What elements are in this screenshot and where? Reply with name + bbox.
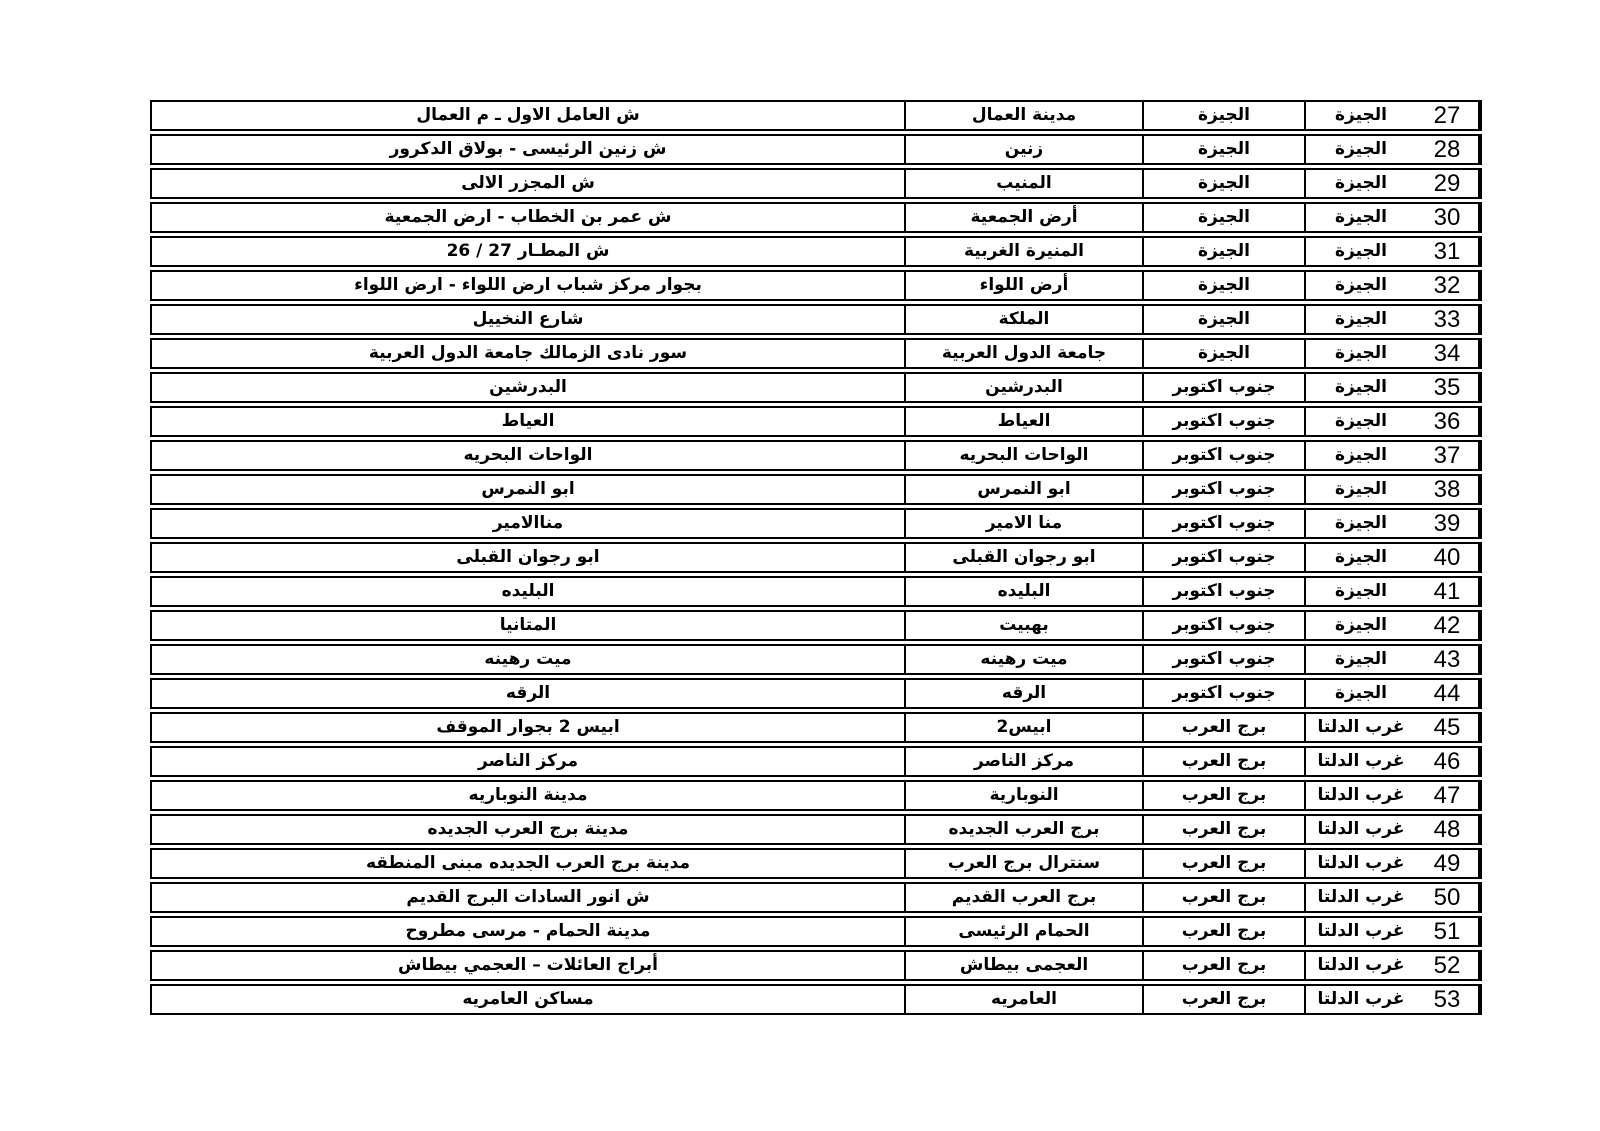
- cell-address: الواحات البحريه: [152, 442, 904, 469]
- cell-zone: جنوب اكتوبر: [1142, 442, 1304, 469]
- cell-address: مدينة النوباريه: [152, 782, 904, 809]
- table-row: 41الجيزةجنوب اكتوبرالبليدهالبليده: [150, 576, 1482, 607]
- cell-row-number: 30: [1416, 204, 1480, 231]
- cell-row-number: 45: [1416, 714, 1480, 741]
- cell-area-name: الحمام الرئيسى: [904, 918, 1142, 945]
- cell-address: مدينة برج العرب الجديده مبنى المنطقه: [152, 850, 904, 877]
- cell-zone: جنوب اكتوبر: [1142, 374, 1304, 401]
- cell-row-number: 42: [1416, 612, 1480, 639]
- cell-address: ش العامل الاول ـ م العمال: [152, 102, 904, 129]
- cell-row-number: 51: [1416, 918, 1480, 945]
- table-row: 42الجيزةجنوب اكتوبربهبيتالمتانيا: [150, 610, 1482, 641]
- cell-zone: جنوب اكتوبر: [1142, 408, 1304, 435]
- cell-governorate: الجيزة: [1304, 680, 1416, 707]
- table-row: 33الجيزةالجيزةالملكةشارع النخييل: [150, 304, 1482, 335]
- cell-governorate: الجيزة: [1304, 476, 1416, 503]
- cell-area-name: الواحات البحريه: [904, 442, 1142, 469]
- cell-area-name: ابو النمرس: [904, 476, 1142, 503]
- cell-governorate: غرب الدلتا: [1304, 884, 1416, 911]
- cell-area-name: مدينة العمال: [904, 102, 1142, 129]
- cell-governorate: الجيزة: [1304, 510, 1416, 537]
- table-row: 53غرب الدلتابرج العربالعامريهمساكن العام…: [150, 984, 1482, 1015]
- cell-zone: الجيزة: [1142, 272, 1304, 299]
- cell-address: ش المطـار 27 / 26: [152, 238, 904, 265]
- cell-area-name: برج العرب القديم: [904, 884, 1142, 911]
- cell-zone: برج العرب: [1142, 918, 1304, 945]
- table-row: 36الجيزةجنوب اكتوبرالعياطالعياط: [150, 406, 1482, 437]
- cell-row-number: 48: [1416, 816, 1480, 843]
- cell-row-number: 34: [1416, 340, 1480, 367]
- cell-address: شارع النخييل: [152, 306, 904, 333]
- cell-row-number: 39: [1416, 510, 1480, 537]
- cell-governorate: غرب الدلتا: [1304, 986, 1416, 1013]
- cell-row-number: 47: [1416, 782, 1480, 809]
- cell-row-number: 50: [1416, 884, 1480, 911]
- cell-governorate: غرب الدلتا: [1304, 952, 1416, 979]
- cell-address: سور نادى الزمالك جامعة الدول العربية: [152, 340, 904, 367]
- cell-area-name: المنيرة الغربية: [904, 238, 1142, 265]
- cell-area-name: المنيب: [904, 170, 1142, 197]
- cell-row-number: 52: [1416, 952, 1480, 979]
- cell-row-number: 27: [1416, 102, 1480, 129]
- table-row: 39الجيزةجنوب اكتوبرمنا الاميرمناالامير: [150, 508, 1482, 539]
- cell-area-name: العياط: [904, 408, 1142, 435]
- cell-zone: برج العرب: [1142, 952, 1304, 979]
- cell-address: ش زنين الرئيسى - بولاق الدكرور: [152, 136, 904, 163]
- cell-address: البليده: [152, 578, 904, 605]
- cell-row-number: 35: [1416, 374, 1480, 401]
- table-row: 37الجيزةجنوب اكتوبرالواحات البحريهالواحا…: [150, 440, 1482, 471]
- cell-zone: جنوب اكتوبر: [1142, 646, 1304, 673]
- cell-area-name: ابيس2: [904, 714, 1142, 741]
- cell-address: بجوار مركز شباب ارض اللواء - ارض اللواء: [152, 272, 904, 299]
- cell-area-name: أرض اللواء: [904, 272, 1142, 299]
- cell-zone: جنوب اكتوبر: [1142, 476, 1304, 503]
- table-row: 34الجيزةالجيزةجامعة الدول العربيةسور ناد…: [150, 338, 1482, 369]
- cell-area-name: مركز الناصر: [904, 748, 1142, 775]
- cell-zone: جنوب اكتوبر: [1142, 612, 1304, 639]
- cell-area-name: البليده: [904, 578, 1142, 605]
- cell-row-number: 36: [1416, 408, 1480, 435]
- cell-area-name: بهبيت: [904, 612, 1142, 639]
- cell-zone: الجيزة: [1142, 102, 1304, 129]
- cell-address: ش المجزر الالى: [152, 170, 904, 197]
- cell-area-name: البدرشين: [904, 374, 1142, 401]
- cell-zone: الجيزة: [1142, 204, 1304, 231]
- cell-row-number: 28: [1416, 136, 1480, 163]
- cell-governorate: الجيزة: [1304, 272, 1416, 299]
- table-row: 51غرب الدلتابرج العربالحمام الرئيسىمدينة…: [150, 916, 1482, 947]
- cell-governorate: الجيزة: [1304, 204, 1416, 231]
- cell-area-name: سنترال برج العرب: [904, 850, 1142, 877]
- cell-row-number: 40: [1416, 544, 1480, 571]
- cell-governorate: غرب الدلتا: [1304, 714, 1416, 741]
- cell-address: ابو رجوان القبلى: [152, 544, 904, 571]
- cell-address: مركز الناصر: [152, 748, 904, 775]
- cell-address: ش عمر بن الخطاب - ارض الجمعية: [152, 204, 904, 231]
- cell-area-name: زنين: [904, 136, 1142, 163]
- cell-zone: جنوب اكتوبر: [1142, 544, 1304, 571]
- cell-governorate: غرب الدلتا: [1304, 782, 1416, 809]
- cell-zone: جنوب اكتوبر: [1142, 578, 1304, 605]
- cell-row-number: 32: [1416, 272, 1480, 299]
- cell-area-name: ميت رهينه: [904, 646, 1142, 673]
- table-row: 29الجيزةالجيزةالمنيبش المجزر الالى: [150, 168, 1482, 199]
- cell-address: أبراج العائلات – العجمي بيطاش: [152, 952, 904, 979]
- table-row: 28الجيزةالجيزةزنينش زنين الرئيسى - بولاق…: [150, 134, 1482, 165]
- cell-governorate: غرب الدلتا: [1304, 748, 1416, 775]
- table-row: 45غرب الدلتابرج العربابيس2ابيس 2 بجوار ا…: [150, 712, 1482, 743]
- cell-area-name: النوبارية: [904, 782, 1142, 809]
- cell-governorate: الجيزة: [1304, 102, 1416, 129]
- cell-zone: جنوب اكتوبر: [1142, 510, 1304, 537]
- table-row: 49غرب الدلتابرج العربسنترال برج العربمدي…: [150, 848, 1482, 879]
- cell-area-name: برج العرب الجديده: [904, 816, 1142, 843]
- cell-address: مدينة الحمام - مرسى مطروح: [152, 918, 904, 945]
- cell-row-number: 44: [1416, 680, 1480, 707]
- cell-governorate: الجيزة: [1304, 408, 1416, 435]
- cell-zone: برج العرب: [1142, 884, 1304, 911]
- table-row: 52غرب الدلتابرج العربالعجمى بيطاشأبراج ا…: [150, 950, 1482, 981]
- cell-governorate: الجيزة: [1304, 306, 1416, 333]
- cell-area-name: ابو رجوان القبلى: [904, 544, 1142, 571]
- cell-row-number: 37: [1416, 442, 1480, 469]
- table-row: 43الجيزةجنوب اكتوبرميت رهينهميت رهينه: [150, 644, 1482, 675]
- table-row: 40الجيزةجنوب اكتوبرابو رجوان القبلىابو ر…: [150, 542, 1482, 573]
- cell-row-number: 49: [1416, 850, 1480, 877]
- table-row: 38الجيزةجنوب اكتوبرابو النمرسابو النمرس: [150, 474, 1482, 505]
- cell-area-name: الرقه: [904, 680, 1142, 707]
- cell-address: الرقه: [152, 680, 904, 707]
- cell-row-number: 33: [1416, 306, 1480, 333]
- cell-governorate: الجيزة: [1304, 170, 1416, 197]
- cell-governorate: الجيزة: [1304, 612, 1416, 639]
- cell-row-number: 46: [1416, 748, 1480, 775]
- cell-governorate: الجيزة: [1304, 544, 1416, 571]
- cell-zone: برج العرب: [1142, 714, 1304, 741]
- cell-row-number: 29: [1416, 170, 1480, 197]
- cell-governorate: الجيزة: [1304, 340, 1416, 367]
- cell-address: العياط: [152, 408, 904, 435]
- cell-address: المتانيا: [152, 612, 904, 639]
- cell-address: البدرشين: [152, 374, 904, 401]
- table-row: 47غرب الدلتابرج العربالنوباريةمدينة النو…: [150, 780, 1482, 811]
- cell-governorate: الجيزة: [1304, 238, 1416, 265]
- cell-row-number: 53: [1416, 986, 1480, 1013]
- cell-zone: برج العرب: [1142, 850, 1304, 877]
- cell-area-name: جامعة الدول العربية: [904, 340, 1142, 367]
- cell-governorate: الجيزة: [1304, 136, 1416, 163]
- document-page: 27الجيزةالجيزةمدينة العمالش العامل الاول…: [0, 0, 1600, 1131]
- cell-zone: الجيزة: [1142, 136, 1304, 163]
- cell-area-name: العامريه: [904, 986, 1142, 1013]
- cell-zone: الجيزة: [1142, 238, 1304, 265]
- cell-zone: برج العرب: [1142, 748, 1304, 775]
- cell-area-name: منا الامير: [904, 510, 1142, 537]
- cell-governorate: غرب الدلتا: [1304, 850, 1416, 877]
- cell-governorate: الجيزة: [1304, 442, 1416, 469]
- cell-zone: الجيزة: [1142, 170, 1304, 197]
- cell-governorate: الجيزة: [1304, 374, 1416, 401]
- cell-row-number: 38: [1416, 476, 1480, 503]
- cell-address: ابيس 2 بجوار الموقف: [152, 714, 904, 741]
- cell-address: ابو النمرس: [152, 476, 904, 503]
- cell-zone: الجيزة: [1142, 306, 1304, 333]
- table-row: 44الجيزةجنوب اكتوبرالرقهالرقه: [150, 678, 1482, 709]
- cell-row-number: 31: [1416, 238, 1480, 265]
- table-row: 30الجيزةالجيزةأرض الجمعيةش عمر بن الخطاب…: [150, 202, 1482, 233]
- cell-row-number: 41: [1416, 578, 1480, 605]
- cell-governorate: غرب الدلتا: [1304, 918, 1416, 945]
- cell-zone: برج العرب: [1142, 986, 1304, 1013]
- cell-zone: برج العرب: [1142, 782, 1304, 809]
- cell-address: مناالامير: [152, 510, 904, 537]
- cell-address: ميت رهينه: [152, 646, 904, 673]
- table-row: 27الجيزةالجيزةمدينة العمالش العامل الاول…: [150, 100, 1482, 131]
- cell-zone: جنوب اكتوبر: [1142, 680, 1304, 707]
- cell-area-name: العجمى بيطاش: [904, 952, 1142, 979]
- cell-row-number: 43: [1416, 646, 1480, 673]
- cell-address: ش انور السادات البرج القديم: [152, 884, 904, 911]
- table-row: 35الجيزةجنوب اكتوبرالبدرشينالبدرشين: [150, 372, 1482, 403]
- cell-governorate: الجيزة: [1304, 578, 1416, 605]
- cell-area-name: الملكة: [904, 306, 1142, 333]
- cell-governorate: الجيزة: [1304, 646, 1416, 673]
- locations-table: 27الجيزةالجيزةمدينة العمالش العامل الاول…: [150, 100, 1482, 1018]
- table-row: 31الجيزةالجيزةالمنيرة الغربيةش المطـار 2…: [150, 236, 1482, 267]
- table-row: 48غرب الدلتابرج العرببرج العرب الجديدهمد…: [150, 814, 1482, 845]
- cell-zone: الجيزة: [1142, 340, 1304, 367]
- cell-address: مساكن العامريه: [152, 986, 904, 1013]
- table-row: 32الجيزةالجيزةأرض اللواءبجوار مركز شباب …: [150, 270, 1482, 301]
- cell-governorate: غرب الدلتا: [1304, 816, 1416, 843]
- table-row: 46غرب الدلتابرج العربمركز الناصرمركز الن…: [150, 746, 1482, 777]
- cell-area-name: أرض الجمعية: [904, 204, 1142, 231]
- cell-zone: برج العرب: [1142, 816, 1304, 843]
- cell-address: مدينة برج العرب الجديده: [152, 816, 904, 843]
- table-row: 50غرب الدلتابرج العرببرج العرب القديمش ا…: [150, 882, 1482, 913]
